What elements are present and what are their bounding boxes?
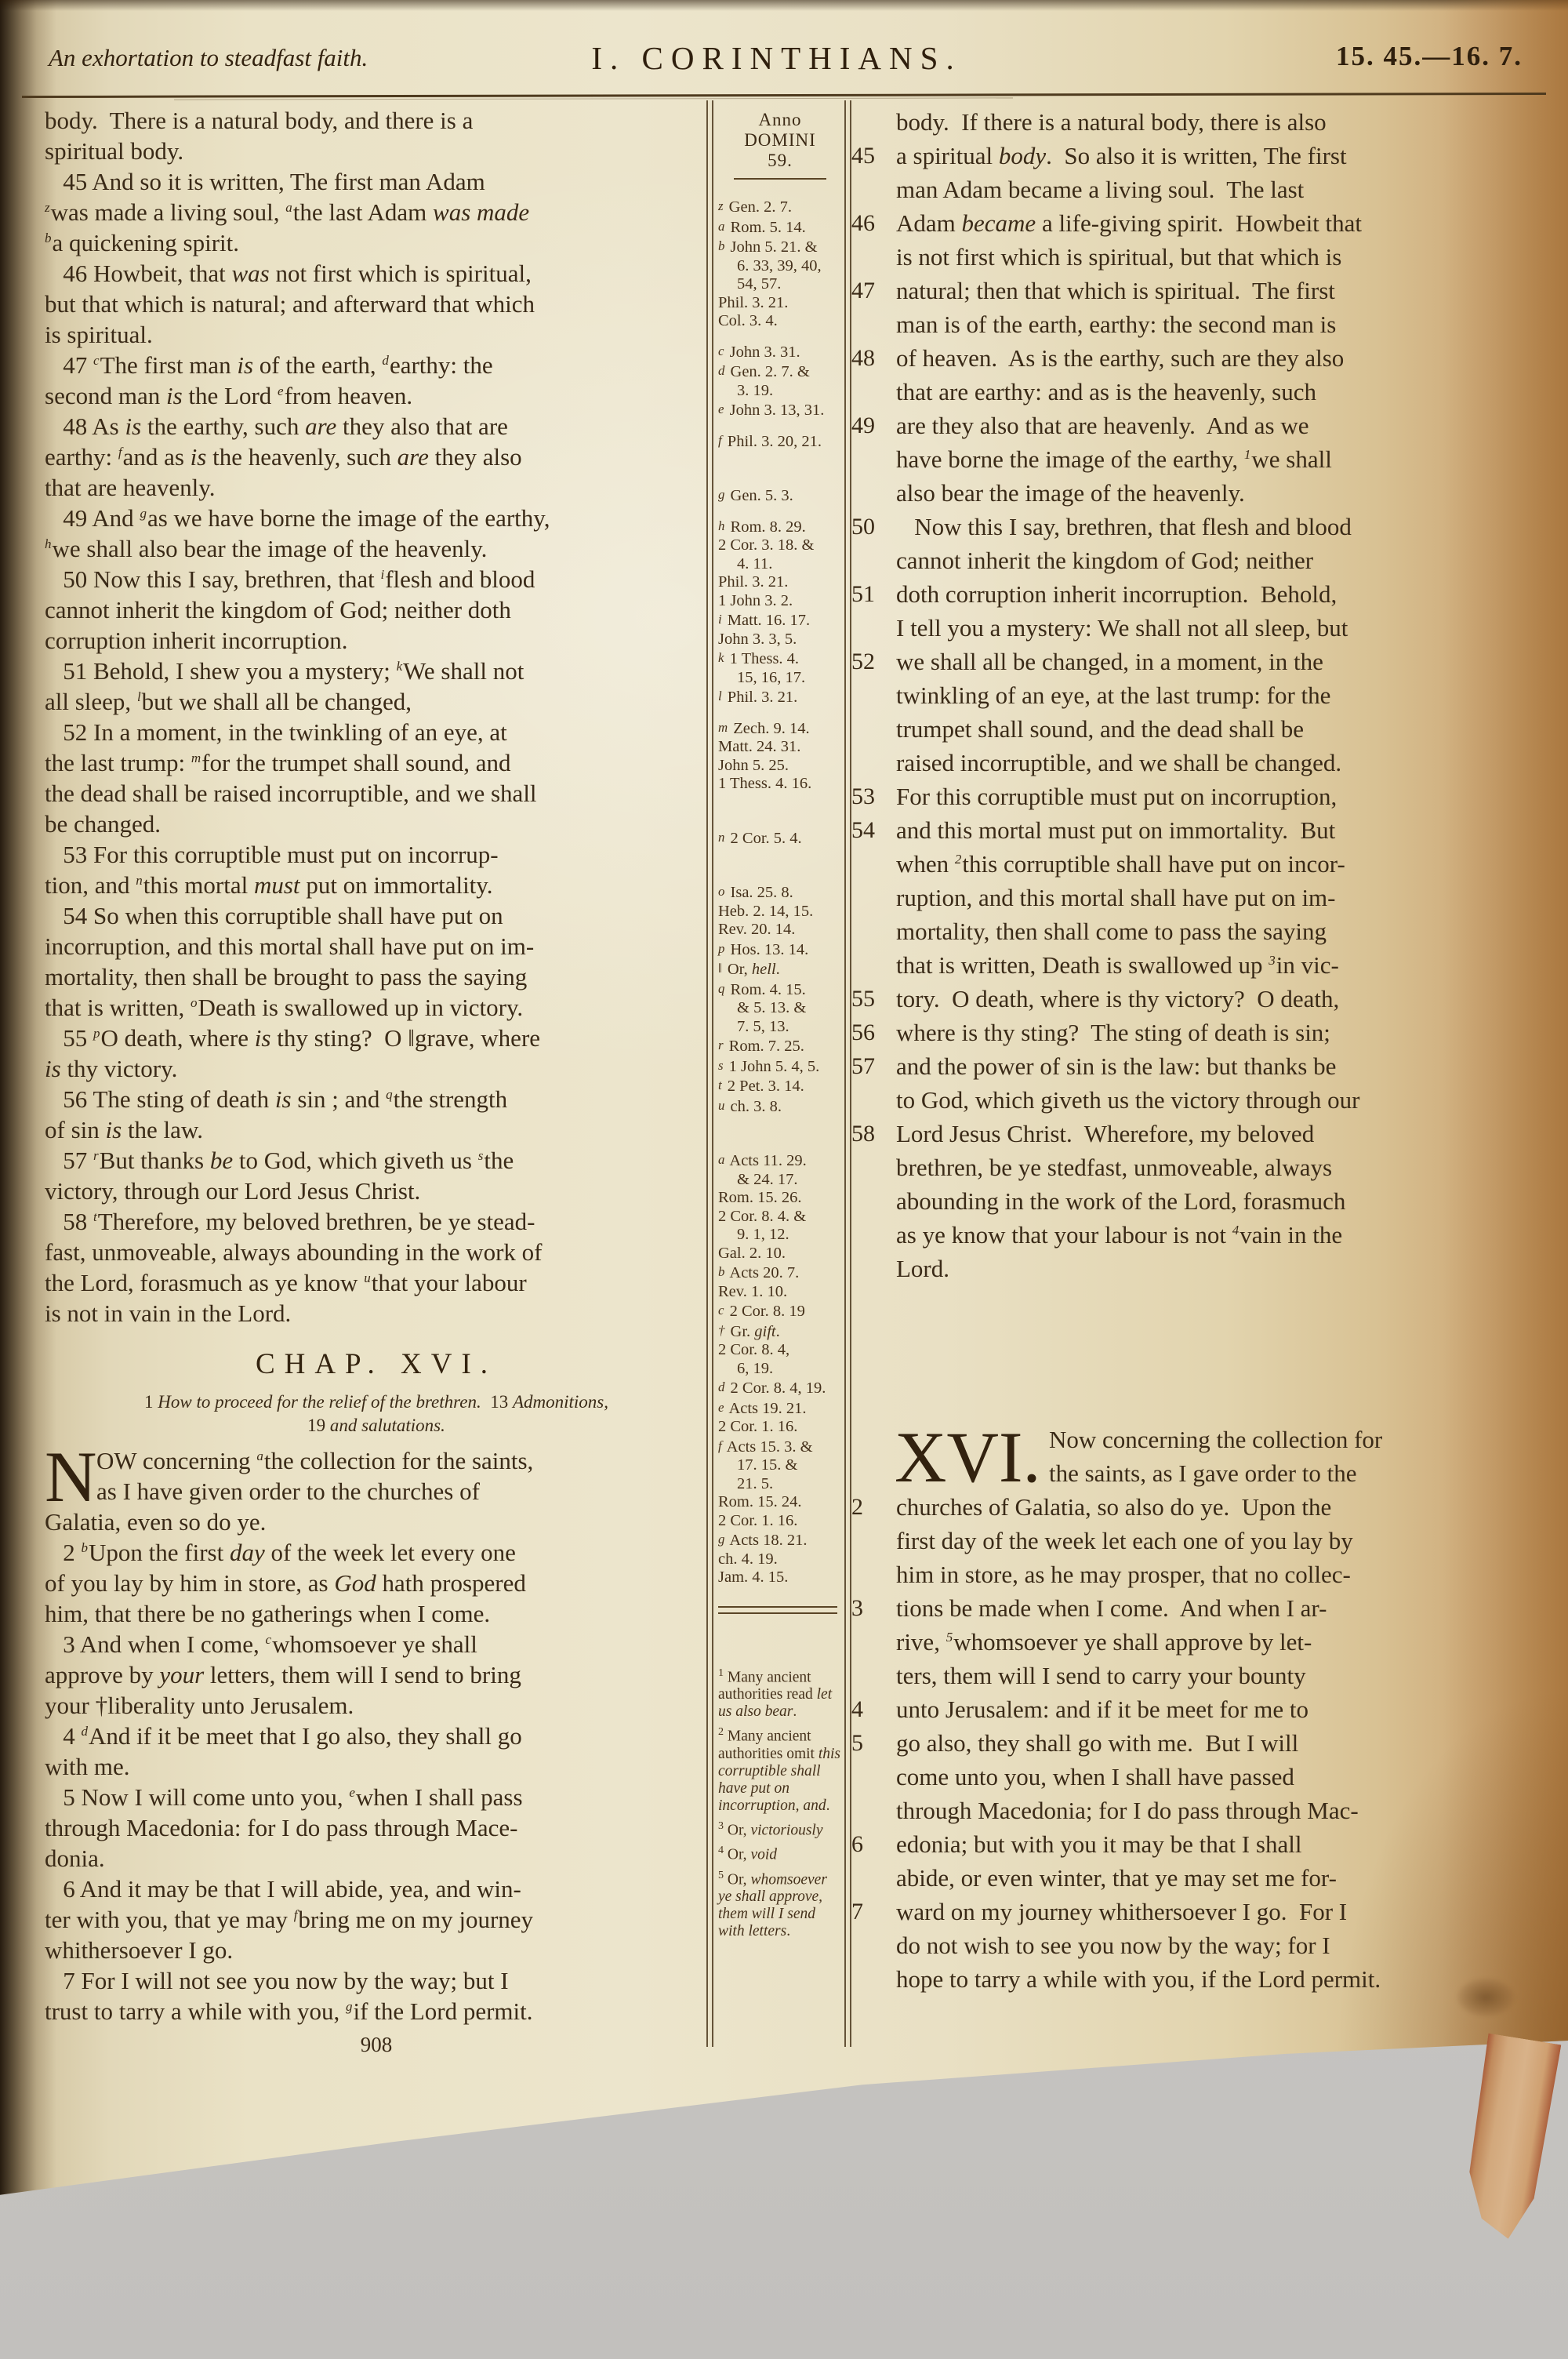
text-line: corruption inherit incorruption. [45, 625, 708, 656]
text-line: earthy: fand as is the heavenly, such ar… [45, 442, 708, 472]
center-reference-column: Anno DOMINI 59. z Gen. 2. 7.a Rom. 5. 14… [718, 110, 842, 1943]
text-line: that is written, Death is swallowed up 3… [851, 948, 1541, 982]
text-line: Now concerning the collection forXVI. [851, 1423, 1541, 1456]
text-line: 51 Behold, I shew you a mystery; kWe sha… [45, 656, 708, 686]
kjv-chapter16-lines: NOW concerning athe collection for the s… [45, 1445, 708, 2026]
note-number: 4 [718, 1844, 724, 1856]
text-line: victory, through our Lord Jesus Christ. [45, 1176, 708, 1206]
cross-reference: a Rom. 5. 14. [718, 217, 842, 238]
text-line: tion, and nthis mortal must put on immor… [45, 870, 708, 900]
cross-reference: John 5. 25. [718, 757, 842, 776]
text-line: brethren, be ye stedfast, unmoveable, al… [851, 1150, 1541, 1184]
cross-reference: 15, 16, 17. [718, 669, 842, 688]
margin-note: 2 Many ancient authorities omit this cor… [718, 1723, 842, 1815]
text-line: Galatia, even so do ye. [45, 1507, 708, 1537]
cross-reference: e John 3. 13, 31. [718, 400, 842, 420]
book-title: I. CORINTHIANS. [591, 39, 961, 77]
text-line: trust to tarry a while with you, gif the… [45, 1996, 708, 2026]
verse-range: 15. 45.—16. 7. [1336, 41, 1523, 72]
text-line: as I have given order to the churches of [45, 1476, 708, 1507]
text-line: Lord. [851, 1252, 1541, 1285]
text-line: raised incorruptible, and we shall be ch… [851, 746, 1541, 780]
kjv-text-column: body. There is a natural body, and there… [45, 105, 708, 2026]
text-line: 58Lord Jesus Christ. Wherefore, my belov… [851, 1117, 1541, 1150]
cross-reference: Phil. 3. 21. [718, 573, 842, 592]
anno-line: 59. [718, 151, 842, 171]
margin-note: 3 Or, victoriously [718, 1817, 842, 1840]
reference-marker: k [718, 650, 724, 665]
cross-reference: l Phil. 3. 21. [718, 687, 842, 707]
text-line: that are heavenly. [45, 472, 708, 503]
cross-reference: 9. 1, 12. [718, 1226, 842, 1245]
running-head: An exhortation to steadfast faith. [49, 44, 368, 72]
reference-marker: i [718, 612, 722, 627]
text-line: is thy victory. [45, 1053, 708, 1084]
verse-number: 5 [851, 1726, 892, 1760]
text-line: 49 And gas we have borne the image of th… [45, 503, 708, 533]
chapter-summary-line: 1 How to proceed for the relief of the b… [45, 1390, 708, 1414]
cross-reference: Phil. 3. 21. [718, 294, 842, 313]
text-line: to God, which giveth us the victory thro… [851, 1083, 1541, 1117]
verse-number: 58 [851, 1117, 892, 1150]
column-rule [712, 100, 713, 2047]
text-line: I tell you a mystery: We shall not all s… [851, 611, 1541, 645]
reference-marker: † [718, 1323, 724, 1338]
text-line: body. There is a natural body, and there… [45, 105, 708, 136]
verse-number: 46 [851, 206, 892, 240]
reference-marker: b [718, 1264, 724, 1279]
text-line: of sin is the law. [45, 1114, 708, 1145]
cross-reference: g Gen. 5. 3. [718, 485, 842, 506]
text-line: 49are they also that are heavenly. And a… [851, 409, 1541, 442]
text-line: 2 bUpon the first day of the week let ev… [45, 1537, 708, 1568]
rv-chapter16-lines: Now concerning the collection forXVI.the… [851, 1423, 1541, 1996]
cross-reference: & 24. 17. [718, 1171, 842, 1190]
text-line: 47 cThe first man is of the earth, deart… [45, 350, 708, 380]
cross-reference: b John 5. 21. & [718, 237, 842, 257]
cross-reference: Matt. 24. 31. [718, 738, 842, 757]
reference-marker: z [718, 198, 724, 213]
text-line: 48 As is the earthy, such are they also … [45, 411, 708, 442]
text-line: incorruption, and this mortal shall have… [45, 931, 708, 961]
text-line: that are earthy: and as is the heavenly,… [851, 375, 1541, 409]
cross-reference: 6, 19. [718, 1360, 842, 1379]
cross-reference: 7. 5, 13. [718, 1018, 842, 1037]
text-line: is not first which is spiritual, but tha… [851, 240, 1541, 274]
text-line: 52we shall all be changed, in a moment, … [851, 645, 1541, 678]
text-line: with me. [45, 1751, 708, 1782]
note-number: 5 [718, 1869, 724, 1881]
reference-marker: c [718, 1303, 724, 1318]
verse-number: 50 [851, 510, 892, 543]
text-line: ruption, and this mortal shall have put … [851, 881, 1541, 914]
note-number: 2 [718, 1725, 724, 1738]
text-line: zwas made a living soul, athe last Adam … [45, 197, 708, 227]
text-line: whithersoever I go. [45, 1935, 708, 1965]
kjv-chapter15-lines: body. There is a natural body, and there… [45, 105, 708, 1329]
verse-number: 47 [851, 274, 892, 307]
cross-reference: Jam. 4. 15. [718, 1568, 842, 1587]
verse-number: 3 [851, 1591, 892, 1625]
text-line: 7 For I will not see you now by the way;… [45, 1965, 708, 1996]
text-line: 6 And it may be that I will abide, yea, … [45, 1874, 708, 1904]
reference-marker: a [718, 219, 724, 234]
text-line: 46 Howbeit, that was not first which is … [45, 258, 708, 289]
text-line: rive, 5whomsoever ye shall approve by le… [851, 1625, 1541, 1659]
text-line: body. If there is a natural body, there … [851, 105, 1541, 139]
rv-margin-notes: 1 Many ancient authorities read let us a… [718, 1664, 842, 1941]
cross-reference: a Acts 11. 29. [718, 1150, 842, 1171]
reference-marker: h [718, 518, 724, 533]
text-line: him, that there be no gatherings when I … [45, 1598, 708, 1629]
cross-reference: Heb. 2. 14, 15. [718, 903, 842, 921]
text-line: when 2this corruptible shall have put on… [851, 847, 1541, 881]
cross-reference: f Phil. 3. 20, 21. [718, 431, 842, 452]
verse-number: 7 [851, 1895, 892, 1928]
chapter-summary-line: 19 and salutations. [45, 1414, 708, 1438]
cross-references: z Gen. 2. 7.a Rom. 5. 14.b John 5. 21. &… [718, 197, 842, 1587]
text-line: 48of heaven. As is the earthy, such are … [851, 341, 1541, 375]
reference-marker: ‖ [718, 961, 722, 976]
verse-number: 54 [851, 813, 892, 847]
reference-marker: m [718, 720, 728, 735]
verse-number: 4 [851, 1692, 892, 1726]
cross-reference: p Hos. 13. 14. [718, 940, 842, 960]
note-number: 3 [718, 1819, 724, 1832]
text-line: 2churches of Galatia, so also do ye. Upo… [851, 1490, 1541, 1524]
text-line: the last trump: mfor the trumpet shall s… [45, 747, 708, 778]
cross-reference: & 5. 13. & [718, 999, 842, 1018]
text-line: cannot inherit the kingdom of God; neith… [851, 543, 1541, 577]
page-number: 908 [45, 2033, 708, 2057]
margin-note: 1 Many ancient authorities read let us a… [718, 1664, 842, 1721]
cross-reference: 1 Thess. 4. 16. [718, 775, 842, 794]
cross-reference: d Gen. 2. 7. & [718, 362, 842, 382]
cross-reference: Rev. 20. 14. [718, 921, 842, 940]
text-line: all sleep, lbut we shall all be changed, [45, 686, 708, 717]
cross-reference: 2 Cor. 1. 16. [718, 1418, 842, 1437]
reference-marker: f [718, 1438, 722, 1453]
text-line: the saints, as I gave order to the [851, 1456, 1541, 1490]
reference-marker: t [718, 1078, 722, 1092]
text-line: 45a spiritual body. So also it is writte… [851, 139, 1541, 173]
text-line: 56where is thy sting? The sting of death… [851, 1016, 1541, 1049]
cross-reference: h Rom. 8. 29. [718, 517, 842, 537]
cross-reference: 21. 5. [718, 1475, 842, 1494]
text-line: hwe shall also bear the image of the hea… [45, 533, 708, 564]
cross-reference: 4. 11. [718, 555, 842, 574]
text-line: 7ward on my journey whithersoever I go. … [851, 1895, 1541, 1928]
reference-marker: s [718, 1058, 724, 1073]
cross-reference: n 2 Cor. 5. 4. [718, 828, 842, 849]
header-rule [22, 93, 1546, 98]
reference-marker: g [718, 487, 724, 502]
text-line: donia. [45, 1843, 708, 1874]
text-line: 51doth corruption inherit incorruption. … [851, 577, 1541, 611]
text-line: twinkling of an eye, at the last trump: … [851, 678, 1541, 712]
text-line: abide, or even winter, that ye may set m… [851, 1861, 1541, 1895]
cross-reference: Col. 3. 4. [718, 312, 842, 331]
cross-reference: 6. 33, 39, 40, [718, 257, 842, 276]
cross-reference: c 2 Cor. 8. 19 [718, 1301, 842, 1321]
cross-reference: Rom. 15. 24. [718, 1493, 842, 1512]
text-line: cannot inherit the kingdom of God; neith… [45, 594, 708, 625]
scanned-bible-page: { "header": { "running_head": "An exhort… [0, 0, 1568, 2359]
margin-note: 4 Or, void [718, 1841, 842, 1864]
cross-reference: i Matt. 16. 17. [718, 610, 842, 631]
text-line: have borne the image of the earthy, 1we … [851, 442, 1541, 476]
text-line: 45 And so it is written, The first man A… [45, 166, 708, 197]
cross-reference: b Acts 20. 7. [718, 1263, 842, 1283]
verse-number: 57 [851, 1049, 892, 1083]
text-line: fast, unmoveable, always abounding in th… [45, 1237, 708, 1267]
text-line: through Macedonia: for I do pass through… [45, 1812, 708, 1843]
top-edge-shadow [0, 0, 1568, 11]
reference-marker: p [718, 941, 724, 956]
bookmark-ribbon [1457, 2034, 1562, 2243]
chapter-heading-block: CHAP. XVI. 1 How to proceed for the reli… [45, 1349, 708, 1438]
reference-marker: r [718, 1038, 724, 1052]
text-line: 46Adam became a life-giving spirit. Howb… [851, 206, 1541, 240]
cross-reference: 3. 19. [718, 382, 842, 401]
verse-number: 45 [851, 139, 892, 173]
text-line: 50 Now this I say, brethren, that flesh … [851, 510, 1541, 543]
text-line: come unto you, when I shall have passed [851, 1760, 1541, 1794]
text-line: of you lay by him in store, as God hath … [45, 1568, 708, 1598]
text-line: second man is the Lord efrom heaven. [45, 380, 708, 411]
reference-marker: d [718, 363, 724, 378]
anno-domini-block: Anno DOMINI 59. [718, 110, 842, 180]
cross-reference: ch. 4. 19. [718, 1550, 842, 1569]
double-rule [718, 1606, 837, 1614]
reference-marker: o [718, 884, 724, 899]
text-line: is not in vain in the Lord. [45, 1298, 708, 1329]
cross-reference: 2 Cor. 8. 4, [718, 1341, 842, 1360]
text-line: that is written, oDeath is swallowed up … [45, 992, 708, 1023]
verse-number: 48 [851, 341, 892, 375]
anno-rule [734, 178, 826, 180]
cross-reference: m Zech. 9. 14. [718, 718, 842, 739]
cross-reference: d 2 Cor. 8. 4, 19. [718, 1378, 842, 1398]
cross-reference: c John 3. 31. [718, 342, 842, 362]
cross-reference: g Acts 18. 21. [718, 1530, 842, 1550]
text-line: 56 The sting of death is sin ; and qthe … [45, 1084, 708, 1114]
reference-marker: n [718, 830, 724, 845]
cross-reference: ‖ Or, hell. [718, 959, 842, 980]
text-line: 55tory. O death, where is thy victory? O… [851, 982, 1541, 1016]
verse-number: 2 [851, 1490, 892, 1524]
text-line: man is of the earth, earthy: the second … [851, 307, 1541, 341]
text-line: 52 In a moment, in the twinkling of an e… [45, 717, 708, 747]
text-line: abounding in the work of the Lord, foras… [851, 1184, 1541, 1218]
text-line: 3tions be made when I come. And when I a… [851, 1591, 1541, 1625]
margin-note: 5 Or, whomsoever ye shall approve, them … [718, 1866, 842, 1941]
cross-reference: r Rom. 7. 25. [718, 1036, 842, 1056]
cross-reference: q Rom. 4. 15. [718, 980, 842, 1000]
cross-reference: o Isa. 25. 8. [718, 882, 842, 903]
chapter-gap [851, 1285, 1541, 1423]
reference-marker: l [718, 689, 722, 703]
verse-number: 55 [851, 982, 892, 1016]
text-line: the dead shall be raised incorruptible, … [45, 778, 708, 809]
verse-number: 53 [851, 780, 892, 813]
text-line: through Macedonia; for I do pass through… [851, 1794, 1541, 1827]
reference-marker: q [718, 981, 724, 996]
text-line: 47natural; then that which is spiritual.… [851, 274, 1541, 307]
reference-marker: d [718, 1379, 724, 1394]
text-line: 5go also, they shall go with me. But I w… [851, 1726, 1541, 1760]
cross-reference: 2 Cor. 8. 4. & [718, 1208, 842, 1227]
text-line: 3 And when I come, cwhomsoever ye shall [45, 1629, 708, 1659]
anno-line: Anno [718, 110, 842, 130]
text-line: hope to tarry a while with you, if the L… [851, 1962, 1541, 1996]
text-line: 53 For this corruptible must put on inco… [45, 839, 708, 870]
text-line: ters, them will I send to carry your bou… [851, 1659, 1541, 1692]
reference-marker: b [718, 238, 724, 253]
reference-marker: e [718, 402, 724, 416]
text-line: be changed. [45, 809, 708, 839]
verse-number: 52 [851, 645, 892, 678]
reference-marker: g [718, 1532, 724, 1547]
cross-reference: e Acts 19. 21. [718, 1398, 842, 1419]
anno-line: DOMINI [718, 130, 842, 151]
text-line: 54 So when this corruptible shall have p… [45, 900, 708, 931]
text-line: spiritual body. [45, 136, 708, 166]
text-line: 57and the power of sin is the law: but t… [851, 1049, 1541, 1083]
text-line: 58 tTherefore, my beloved brethren, be y… [45, 1206, 708, 1237]
cross-reference: t 2 Pet. 3. 14. [718, 1076, 842, 1096]
text-line: mortality, then shall be brought to pass… [45, 961, 708, 992]
column-rule [844, 100, 846, 2047]
cross-reference: 2 Cor. 3. 18. & [718, 536, 842, 555]
text-line: 53For this corruptible must put on incor… [851, 780, 1541, 813]
text-line: first day of the week let each one of yo… [851, 1524, 1541, 1558]
chapter-heading: CHAP. XVI. [45, 1349, 708, 1379]
text-line: your †liberality unto Jerusalem. [45, 1690, 708, 1721]
rv-text-column: body. If there is a natural body, there … [851, 105, 1541, 1996]
cross-reference: s 1 John 5. 4, 5. [718, 1056, 842, 1077]
text-line: NOW concerning athe collection for the s… [45, 1445, 708, 1476]
text-line: 55 pO death, where is thy sting? O ‖grav… [45, 1023, 708, 1053]
text-line: but that which is natural; and afterward… [45, 289, 708, 319]
book-page: An exhortation to steadfast faith. I. CO… [0, 0, 1568, 2204]
text-line: 4 dAnd if it be meet that I go also, the… [45, 1721, 708, 1751]
cross-reference: u ch. 3. 8. [718, 1096, 842, 1117]
cross-reference: 1 John 3. 2. [718, 592, 842, 611]
text-line: mortality, then shall come to pass the s… [851, 914, 1541, 948]
text-line: 4unto Jerusalem: and if it be meet for m… [851, 1692, 1541, 1726]
cross-reference: Gal. 2. 10. [718, 1245, 842, 1263]
text-line: do not wish to see you now by the way; f… [851, 1928, 1541, 1962]
text-line: as ye know that your labour is not 4vain… [851, 1218, 1541, 1252]
cross-reference: John 3. 3, 5. [718, 631, 842, 649]
reference-marker: e [718, 1400, 724, 1415]
text-line: 54and this mortal must put on immortalit… [851, 813, 1541, 847]
rv-chapter15-lines: body. If there is a natural body, there … [851, 105, 1541, 1285]
reference-marker: c [718, 343, 724, 358]
cross-reference: f Acts 15. 3. & [718, 1437, 842, 1457]
cross-reference: 17. 15. & [718, 1456, 842, 1475]
reference-marker: f [718, 433, 722, 448]
text-line: ter with you, that ye may fbring me on m… [45, 1904, 708, 1935]
text-line: ba quickening spirit. [45, 227, 708, 258]
text-line: also bear the image of the heavenly. [851, 476, 1541, 510]
text-line: him in store, as he may prosper, that no… [851, 1558, 1541, 1591]
cross-reference: 54, 57. [718, 275, 842, 294]
text-line: man Adam became a living soul. The last [851, 173, 1541, 206]
verse-number: 6 [851, 1827, 892, 1861]
reference-marker: u [718, 1098, 724, 1113]
note-number: 1 [718, 1667, 724, 1679]
cross-reference: z Gen. 2. 7. [718, 197, 842, 217]
cross-reference: Rev. 1. 10. [718, 1283, 842, 1302]
text-line: 57 rBut thanks be to God, which giveth u… [45, 1145, 708, 1176]
cross-reference: k 1 Thess. 4. [718, 649, 842, 669]
text-line: approve by your letters, them will I sen… [45, 1659, 708, 1690]
text-line: 5 Now I will come unto you, ewhen I shal… [45, 1782, 708, 1812]
text-line: is spiritual. [45, 319, 708, 350]
verse-number: 56 [851, 1016, 892, 1049]
text-line: trumpet shall sound, and the dead shall … [851, 712, 1541, 746]
text-line: 50 Now this I say, brethren, that iflesh… [45, 564, 708, 594]
cross-reference: 2 Cor. 1. 16. [718, 1512, 842, 1531]
text-line: 6edonia; but with you it may be that I s… [851, 1827, 1541, 1861]
verse-number: 51 [851, 577, 892, 611]
verse-number: 49 [851, 409, 892, 442]
reference-marker: a [718, 1152, 724, 1167]
text-line: the Lord, forasmuch as ye know uthat you… [45, 1267, 708, 1298]
cross-reference: Rom. 15. 26. [718, 1189, 842, 1208]
cross-reference: † Gr. gift. [718, 1321, 842, 1342]
